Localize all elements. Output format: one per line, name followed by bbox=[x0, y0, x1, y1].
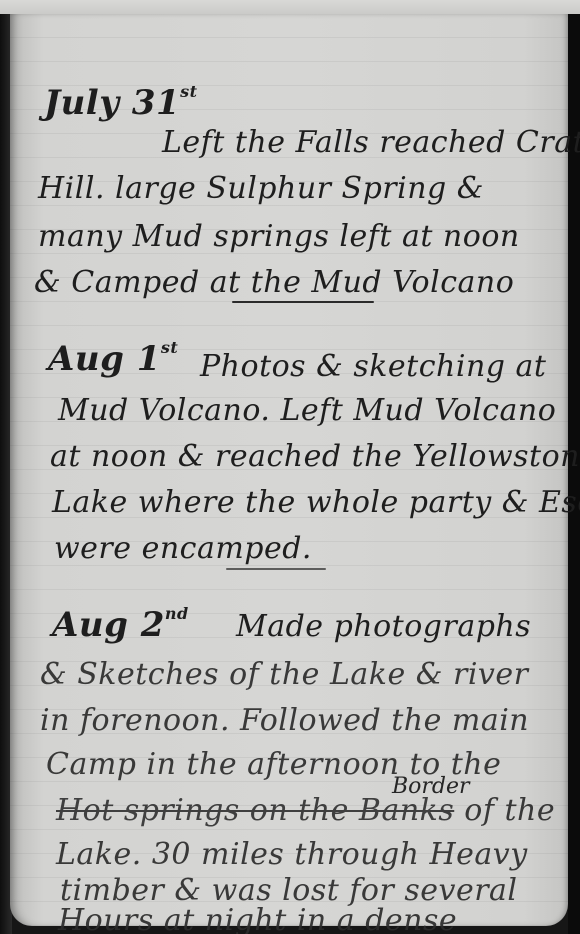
entry-date-suffix: st bbox=[161, 338, 178, 357]
entry-line: were encamped. bbox=[54, 534, 312, 564]
entry-line: timber & was lost for several bbox=[60, 876, 518, 906]
entry-line: Lake. 30 miles through Heavy bbox=[56, 840, 528, 870]
entry-line: & Camped at the Mud Volcano bbox=[34, 268, 514, 298]
entry-date: Aug 1st bbox=[48, 342, 178, 376]
entry-line: Hill. large Sulphur Spring & bbox=[38, 174, 484, 204]
after-struck-text: of the bbox=[464, 793, 555, 828]
entry-date-text: July 31 bbox=[44, 83, 180, 123]
entry-line: in forenoon. Followed the main bbox=[40, 706, 529, 736]
entry-line: & Sketches of the Lake & river bbox=[40, 660, 528, 690]
entry-date-suffix: st bbox=[180, 82, 197, 101]
underline-mark bbox=[232, 301, 374, 303]
entry-line: Mud Volcano. Left Mud Volcano bbox=[58, 396, 556, 426]
entry-date: Aug 2nd bbox=[52, 608, 189, 642]
entry-date: July 31st bbox=[44, 86, 198, 120]
entry-line-struck: Hot springs on the Banks of the bbox=[56, 796, 555, 826]
scanned-journal-page: July 31st Left the Falls reached Crater … bbox=[0, 0, 580, 934]
entry-date-suffix: nd bbox=[165, 604, 189, 623]
entry-line: Lake where the whole party & Escort bbox=[52, 488, 580, 518]
entry-line: Left the Falls reached Crater bbox=[162, 128, 580, 158]
entry-line: at noon & reached the Yellowstone bbox=[50, 442, 580, 472]
entry-date-text: Aug 2 bbox=[52, 605, 165, 645]
entry-line: Made photographs bbox=[236, 612, 531, 642]
entry-line: Hours at night in a dense bbox=[58, 906, 457, 934]
entry-line: many Mud springs left at noon bbox=[38, 222, 520, 252]
underline-mark bbox=[226, 568, 326, 570]
entry-date-text: Aug 1 bbox=[48, 339, 161, 379]
entry-line: Photos & sketching at bbox=[200, 352, 546, 382]
struck-text: Hot springs on the Banks bbox=[56, 793, 454, 828]
